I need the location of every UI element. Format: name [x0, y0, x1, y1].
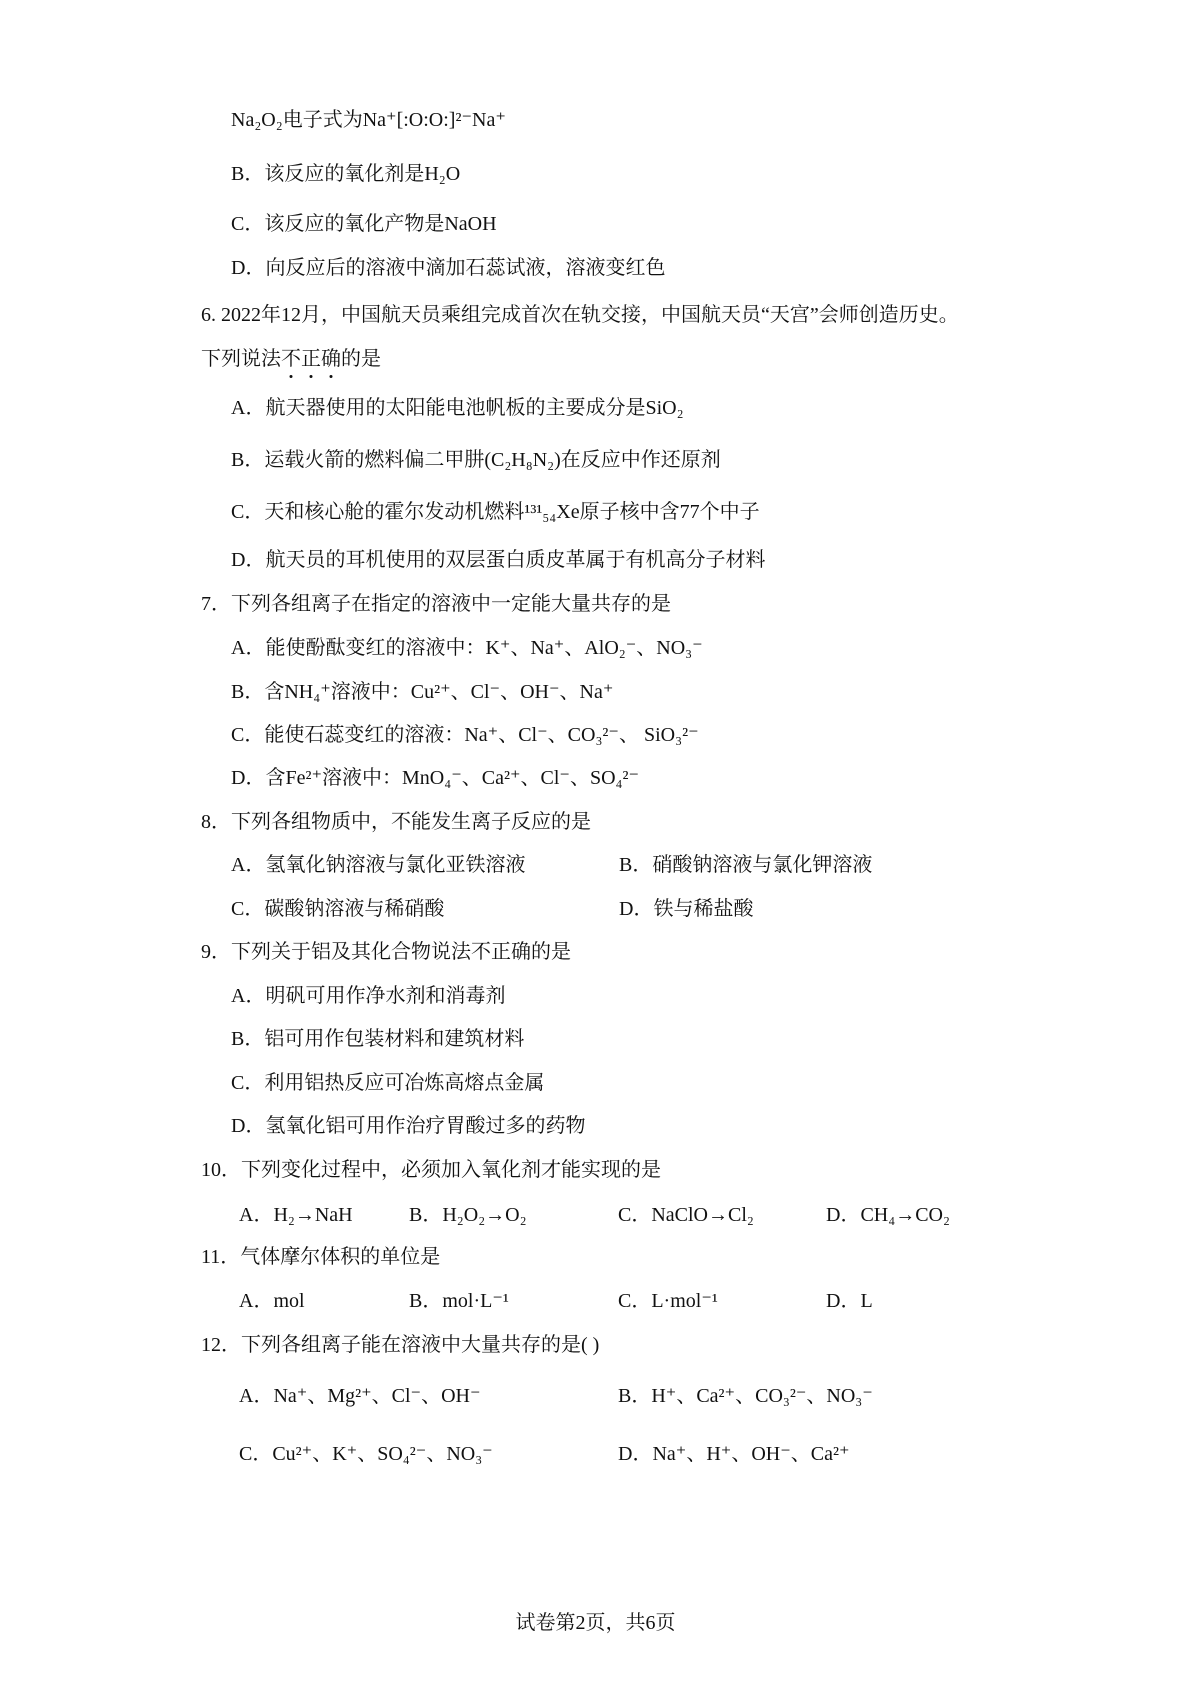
q6-option-c: C．天和核心舱的霍尔发动机燃料¹³¹₅₄Xe原子核中含77个中子 — [231, 500, 760, 524]
q6-option-d: D．航天员的耳机使用的双层蛋白质皮革属于有机高分子材料 — [231, 548, 765, 572]
q11-option-a: A．mol — [239, 1289, 305, 1313]
q5-option-d: D．向反应后的溶液中滴加石蕊试液，溶液变红色 — [231, 256, 665, 280]
q11-option-c: C．L·mol⁻¹ — [618, 1289, 718, 1313]
q7-option-d: D．含Fe²⁺溶液中：MnO₄⁻、Ca²⁺、Cl⁻、SO₄²⁻ — [231, 766, 639, 790]
q9-option-b: B．铝可用作包装材料和建筑材料 — [231, 1027, 524, 1051]
q11-option-b: B．mol·L⁻¹ — [409, 1289, 509, 1313]
q10-option-b: B．H₂O₂→O₂ — [409, 1203, 527, 1227]
q7-option-a: A．能使酚酞变红的溶液中：K⁺、Na⁺、AlO₂⁻、NO₃⁻ — [231, 636, 703, 660]
q12-option-a: A．Na⁺、Mg²⁺、Cl⁻、OH⁻ — [239, 1384, 481, 1408]
emphasis-char: 正 — [301, 348, 321, 370]
q9-stem: 9．下列关于铝及其化合物说法不正确的是 — [201, 940, 571, 964]
q7-option-b: B．含NH₄⁺溶液中：Cu²⁺、Cl⁻、OH⁻、Na⁺ — [231, 680, 613, 704]
q7-option-c: C．能使石蕊变红的溶液：Na⁺、Cl⁻、CO₃²⁻、 SiO₃²⁻ — [231, 723, 699, 747]
q11-stem: 11．气体摩尔体积的单位是 — [201, 1245, 440, 1269]
q6-stem-line1: 6. 2022年12月，中国航天员乘组完成首次在轨交接，中国航天员“天宫”会师创… — [201, 303, 959, 327]
emphasis-char: 不 — [281, 348, 301, 370]
q11-option-d: D．L — [826, 1289, 873, 1313]
q8-option-a: A．氢氧化钠溶液与氯化亚铁溶液 — [231, 853, 525, 877]
q5-option-b: B．该反应的氧化剂是H₂O — [231, 162, 460, 186]
q12-option-d: D．Na⁺、H⁺、OH⁻、Ca²⁺ — [618, 1442, 850, 1466]
q12-option-b: B．H⁺、Ca²⁺、CO₃²⁻、NO₃⁻ — [618, 1384, 873, 1408]
q10-option-a: A．H₂→NaH — [239, 1203, 353, 1227]
q8-option-b: B．硝酸钠溶液与氯化钾溶液 — [619, 853, 872, 877]
q8-option-c: C．碳酸钠溶液与稀硝酸 — [231, 897, 444, 921]
emphasis-char: 确 — [321, 348, 341, 370]
q6-option-b: B．运载火箭的燃料偏二甲肼(C₂H₈N₂)在反应中作还原剂 — [231, 448, 721, 472]
q6-stem-post: 的是 — [341, 348, 381, 370]
page-footer: 试卷第2页，共6页 — [0, 1606, 1191, 1635]
q10-stem: 10．下列变化过程中，必须加入氧化剂才能实现的是 — [201, 1158, 661, 1182]
q10-option-d: D．CH₄→CO₂ — [826, 1203, 950, 1227]
q5-option-c: C．该反应的氧化产物是NaOH — [231, 212, 497, 236]
q8-option-d: D．铁与稀盐酸 — [619, 897, 753, 921]
q10-option-c: C．NaClO→Cl₂ — [618, 1203, 754, 1227]
q6-stem-pre: 下列说法 — [201, 348, 281, 370]
q12-stem: 12．下列各组离子能在溶液中大量共存的是( ) — [201, 1333, 599, 1357]
q9-option-c: C．利用铝热反应可冶炼高熔点金属 — [231, 1071, 544, 1095]
q5-option-a: Na₂O₂电子式为Na⁺[:O:O:]²⁻Na⁺ — [231, 108, 506, 132]
q8-stem: 8．下列各组物质中，不能发生离子反应的是 — [201, 810, 591, 834]
q6-stem-line2: 下列说法不正确的是 — [201, 347, 381, 371]
q7-stem: 7．下列各组离子在指定的溶液中一定能大量共存的是 — [201, 592, 671, 616]
q9-option-d: D．氢氧化铝可用作治疗胃酸过多的药物 — [231, 1114, 585, 1138]
q9-option-a: A．明矾可用作净水剂和消毒剂 — [231, 984, 505, 1008]
q6-option-a: A．航天器使用的太阳能电池帆板的主要成分是SiO₂ — [231, 396, 684, 420]
q12-option-c: C．Cu²⁺、K⁺、SO₄²⁻、NO₃⁻ — [239, 1442, 493, 1466]
